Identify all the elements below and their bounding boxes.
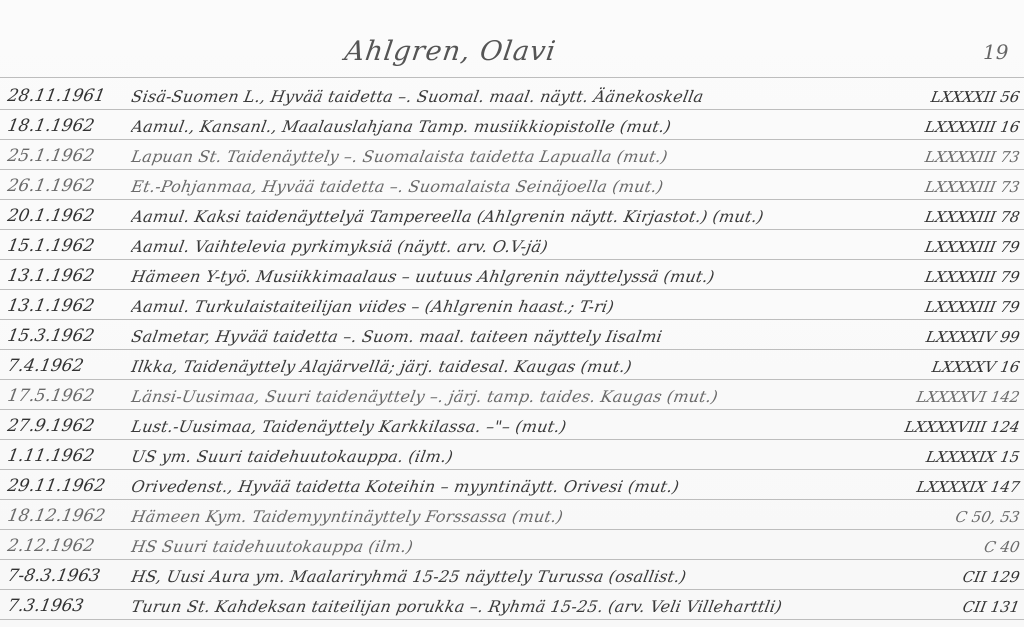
entry-date: 18.12.1962 [6,506,107,526]
entry-text: Salmetar, Hyvää taidetta –. Suom. maal. … [130,327,903,346]
index-card: Ahlgren, Olavi 19 28.11.1961 Sisä-Suomen… [0,0,1024,627]
entry-reference: LXXXXIV 99 [925,328,1021,346]
entry-row: 29.11.1962 Orivedenst., Hyvää taidetta K… [0,470,1024,499]
entry-date: 25.1.1962 [6,146,96,166]
entry-text: Turun St. Kahdeksan taiteilijan porukka … [130,597,903,616]
entry-reference: LXXXXVIII 124 [903,418,1021,436]
entry-reference: LXXXXIII 73 [924,178,1021,196]
entry-text: Orivedenst., Hyvää taidetta Koteihin – m… [130,477,903,496]
entry-row: 28.11.1961 Sisä-Suomen L., Hyvää taidett… [0,80,1024,109]
entry-date: 18.1.1962 [6,116,96,136]
entry-reference: LXXXXII 56 [930,88,1022,106]
entry-row: 1.11.1962 US ym. Suuri taidehuutokauppa.… [0,440,1024,469]
entry-date: 7-8.3.1963 [6,566,102,586]
entry-text: Aamul. Vaihtelevia pyrkimyksiä (näytt. a… [130,237,903,256]
entry-row: 20.1.1962 Aamul. Kaksi taidenäyttelyä Ta… [0,200,1024,229]
entry-row: 13.1.1962 Aamul. Turkulaistaiteilijan vi… [0,290,1024,319]
entry-reference: LXXXXIII 16 [924,118,1021,136]
entry-date: 15.1.1962 [6,236,96,256]
entry-reference: LXXXXIII 79 [924,268,1021,286]
entry-reference: C 40 [983,538,1022,556]
rule-line [0,77,1024,78]
entry-reference: LXXXXIII 73 [924,148,1021,166]
entry-text: Aamul. Turkulaistaiteilijan viides – (Ah… [130,297,903,316]
entry-text: Länsi-Uusimaa, Suuri taidenäyttely –. jä… [130,387,903,406]
entry-row: 13.1.1962 Hämeen Y-työ. Musiikkimaalaus … [0,260,1024,289]
entry-row: 15.1.1962 Aamul. Vaihtelevia pyrkimyksiä… [0,230,1024,259]
entry-text: US ym. Suuri taidehuutokauppa. (ilm.) [130,447,903,466]
entry-date: 29.11.1962 [6,476,107,496]
entry-reference: LXXXXIX 15 [925,448,1021,466]
entry-row: 17.5.1962 Länsi-Uusimaa, Suuri taidenäyt… [0,380,1024,409]
entry-row: 15.3.1962 Salmetar, Hyvää taidetta –. Su… [0,320,1024,349]
entry-reference: LXXXXIII 78 [924,208,1021,226]
entry-row: 18.12.1962 Hämeen Kym. Taidemyyntinäytte… [0,500,1024,529]
entry-reference: LXXXXV 16 [931,358,1022,376]
page-number: 19 [983,40,1008,64]
entry-reference: LXXXXIII 79 [924,238,1021,256]
entry-reference: LXXXXIII 79 [924,298,1021,316]
entry-date: 20.1.1962 [6,206,96,226]
entry-date: 13.1.1962 [6,266,96,286]
entry-date: 28.11.1961 [6,86,107,106]
entry-date: 7.4.1962 [6,356,85,376]
entry-text: Ilkka, Taidenäyttely Alajärvellä; järj. … [130,357,903,376]
entry-row: 27.9.1962 Lust.-Uusimaa, Taidenäyttely K… [0,410,1024,439]
entry-reference: CII 129 [961,568,1021,586]
rule-line [0,619,1024,620]
card-header: Ahlgren, Olavi 19 [0,0,1024,80]
entry-date: 1.11.1962 [6,446,96,466]
entry-reference: LXXXXVI 142 [915,388,1021,406]
entry-text: Hämeen Y-työ. Musiikkimaalaus – uutuus A… [130,267,903,286]
entry-row: 7-8.3.1963 HS, Uusi Aura ym. Maalariryhm… [0,560,1024,589]
entry-date: 17.5.1962 [6,386,96,406]
entry-text: HS, Uusi Aura ym. Maalariryhmä 15-25 näy… [130,567,903,586]
entry-text: Sisä-Suomen L., Hyvää taidetta –. Suomal… [130,87,903,106]
entry-date: 7.3.1963 [6,596,85,616]
entry-text: Et.-Pohjanmaa, Hyvää taidetta –. Suomala… [130,177,903,196]
entry-row: 7.3.1963 Turun St. Kahdeksan taiteilijan… [0,590,1024,619]
entry-date: 27.9.1962 [6,416,96,436]
entry-text: Aamul., Kansanl., Maalauslahjana Tamp. m… [130,117,903,136]
entry-row: 2.12.1962 HS Suuri taidehuutokauppa (ilm… [0,530,1024,559]
entry-text: Lapuan St. Taidenäyttely –. Suomalaista … [130,147,903,166]
entry-date: 13.1.1962 [6,296,96,316]
entry-reference: LXXXXIX 147 [915,478,1021,496]
entry-date: 2.12.1962 [6,536,96,556]
entry-row: 18.1.1962 Aamul., Kansanl., Maalauslahja… [0,110,1024,139]
entry-text: Aamul. Kaksi taidenäyttelyä Tampereella … [130,207,903,226]
entry-row: 7.4.1962 Ilkka, Taidenäyttely Alajärvell… [0,350,1024,379]
entry-text: Hämeen Kym. Taidemyyntinäyttely Forssass… [130,507,903,526]
entry-text: Lust.-Uusimaa, Taidenäyttely Karkkilassa… [130,417,903,436]
card-title: Ahlgren, Olavi [343,36,558,67]
entry-date: 15.3.1962 [6,326,96,346]
entry-row: 26.1.1962 Et.-Pohjanmaa, Hyvää taidetta … [0,170,1024,199]
entry-reference: C 50, 53 [954,508,1021,526]
entry-date: 26.1.1962 [6,176,96,196]
entry-reference: CII 131 [961,598,1021,616]
entry-text: HS Suuri taidehuutokauppa (ilm.) [130,537,903,556]
entry-row: 25.1.1962 Lapuan St. Taidenäyttely –. Su… [0,140,1024,169]
